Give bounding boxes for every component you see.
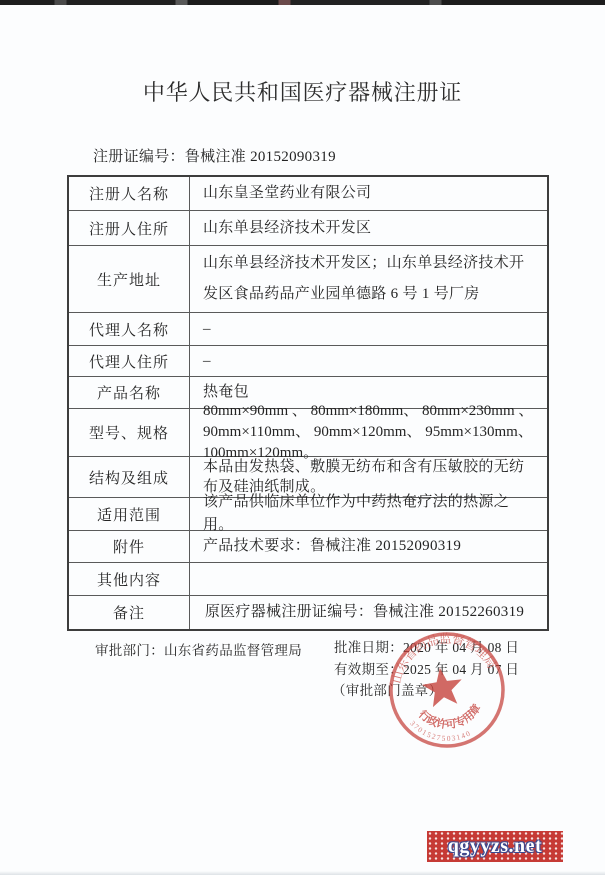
table-row: 型号、规格 80mm×90mm 、 80mm×180mm、 80mm×230mm… bbox=[69, 408, 547, 456]
watermark: qgyyzs.net bbox=[427, 831, 563, 862]
row-value bbox=[190, 563, 547, 595]
table-row: 生产地址 山东单县经济技术开发区；山东单县经济技术开发区食品药品产业园单德路 6… bbox=[69, 245, 547, 312]
row-value: 山东单县经济技术开发区 bbox=[190, 211, 547, 245]
table-row: 注册人住所 山东单县经济技术开发区 bbox=[69, 210, 547, 245]
document-title: 中华人民共和国医疗器械注册证 bbox=[0, 76, 605, 107]
row-label: 代理人名称 bbox=[69, 313, 190, 345]
row-label: 适用范围 bbox=[69, 498, 190, 530]
row-label: 结构及组成 bbox=[69, 457, 190, 497]
row-value: 产品技术要求：鲁械注准 20152090319 bbox=[190, 531, 547, 562]
approval-department: 审批部门：山东省药品监督管理局 bbox=[95, 639, 302, 659]
certificate-table: 注册人名称 山东皇圣堂药业有限公司 注册人住所 山东单县经济技术开发区 生产地址… bbox=[67, 175, 549, 631]
row-label: 代理人住所 bbox=[69, 346, 190, 376]
table-row: 备注 原医疗器械注册证编号：鲁械注准 20152260319 bbox=[69, 595, 547, 629]
approval-department-label: 审批部门： bbox=[95, 643, 164, 658]
table-row: 附件 产品技术要求：鲁械注准 20152090319 bbox=[69, 530, 547, 562]
row-value: 原医疗器械注册证编号：鲁械注准 20152260319 bbox=[190, 596, 547, 629]
registration-number: 注册证编号：鲁械注准 20152090319 bbox=[93, 145, 336, 166]
table-row: 适用范围 该产品供临床单位作为中药热奄疗法的热源之用。 bbox=[69, 497, 547, 530]
table-row: 其他内容 bbox=[69, 562, 547, 595]
row-value: 该产品供临床单位作为中药热奄疗法的热源之用。 bbox=[190, 498, 547, 530]
certificate-page: 中华人民共和国医疗器械注册证 注册证编号：鲁械注准 20152090319 注册… bbox=[0, 0, 605, 875]
row-label: 型号、规格 bbox=[69, 409, 190, 456]
row-label: 产品名称 bbox=[69, 377, 190, 408]
approval-date: 批准日期：2020 年 04 月 08 日 bbox=[334, 636, 519, 656]
scan-top-edge bbox=[0, 0, 605, 5]
row-value: 80mm×90mm 、 80mm×180mm、 80mm×230mm 、 90m… bbox=[190, 409, 547, 456]
valid-until: 有效期至：2025 年 04 月 07 日 bbox=[334, 658, 519, 678]
row-label: 其他内容 bbox=[69, 563, 190, 595]
row-label: 注册人名称 bbox=[69, 177, 190, 210]
row-label: 注册人住所 bbox=[69, 211, 190, 245]
row-value: 山东单县经济技术开发区；山东单县经济技术开发区食品药品产业园单德路 6 号 1 … bbox=[190, 246, 547, 312]
approval-date-label: 批准日期： bbox=[334, 640, 403, 655]
row-label: 生产地址 bbox=[69, 246, 190, 312]
valid-until-label: 有效期至： bbox=[334, 662, 403, 677]
row-value: – bbox=[190, 313, 547, 345]
table-row: 注册人名称 山东皇圣堂药业有限公司 bbox=[69, 177, 547, 210]
valid-until-value: 2025 年 04 月 07 日 bbox=[403, 662, 519, 677]
registration-number-value: 鲁械注准 20152090319 bbox=[185, 149, 336, 165]
table-row: 代理人住所 – bbox=[69, 345, 547, 376]
registration-number-label: 注册证编号： bbox=[93, 149, 185, 165]
stamp-note: （审批部门盖章） bbox=[332, 679, 442, 699]
row-label: 附件 bbox=[69, 531, 190, 562]
approval-department-value: 山东省药品监督管理局 bbox=[164, 643, 302, 658]
seal-type-arc: 行政许可专用章 bbox=[415, 699, 486, 736]
seal-code-arc: 3701527503140 bbox=[407, 711, 473, 748]
row-value: – bbox=[190, 346, 547, 376]
approval-date-value: 2020 年 04 月 08 日 bbox=[403, 640, 519, 655]
scan-bottom-edge bbox=[0, 871, 605, 875]
row-value: 山东皇圣堂药业有限公司 bbox=[190, 177, 547, 210]
row-label: 备注 bbox=[69, 596, 190, 629]
table-row: 代理人名称 – bbox=[69, 312, 547, 345]
